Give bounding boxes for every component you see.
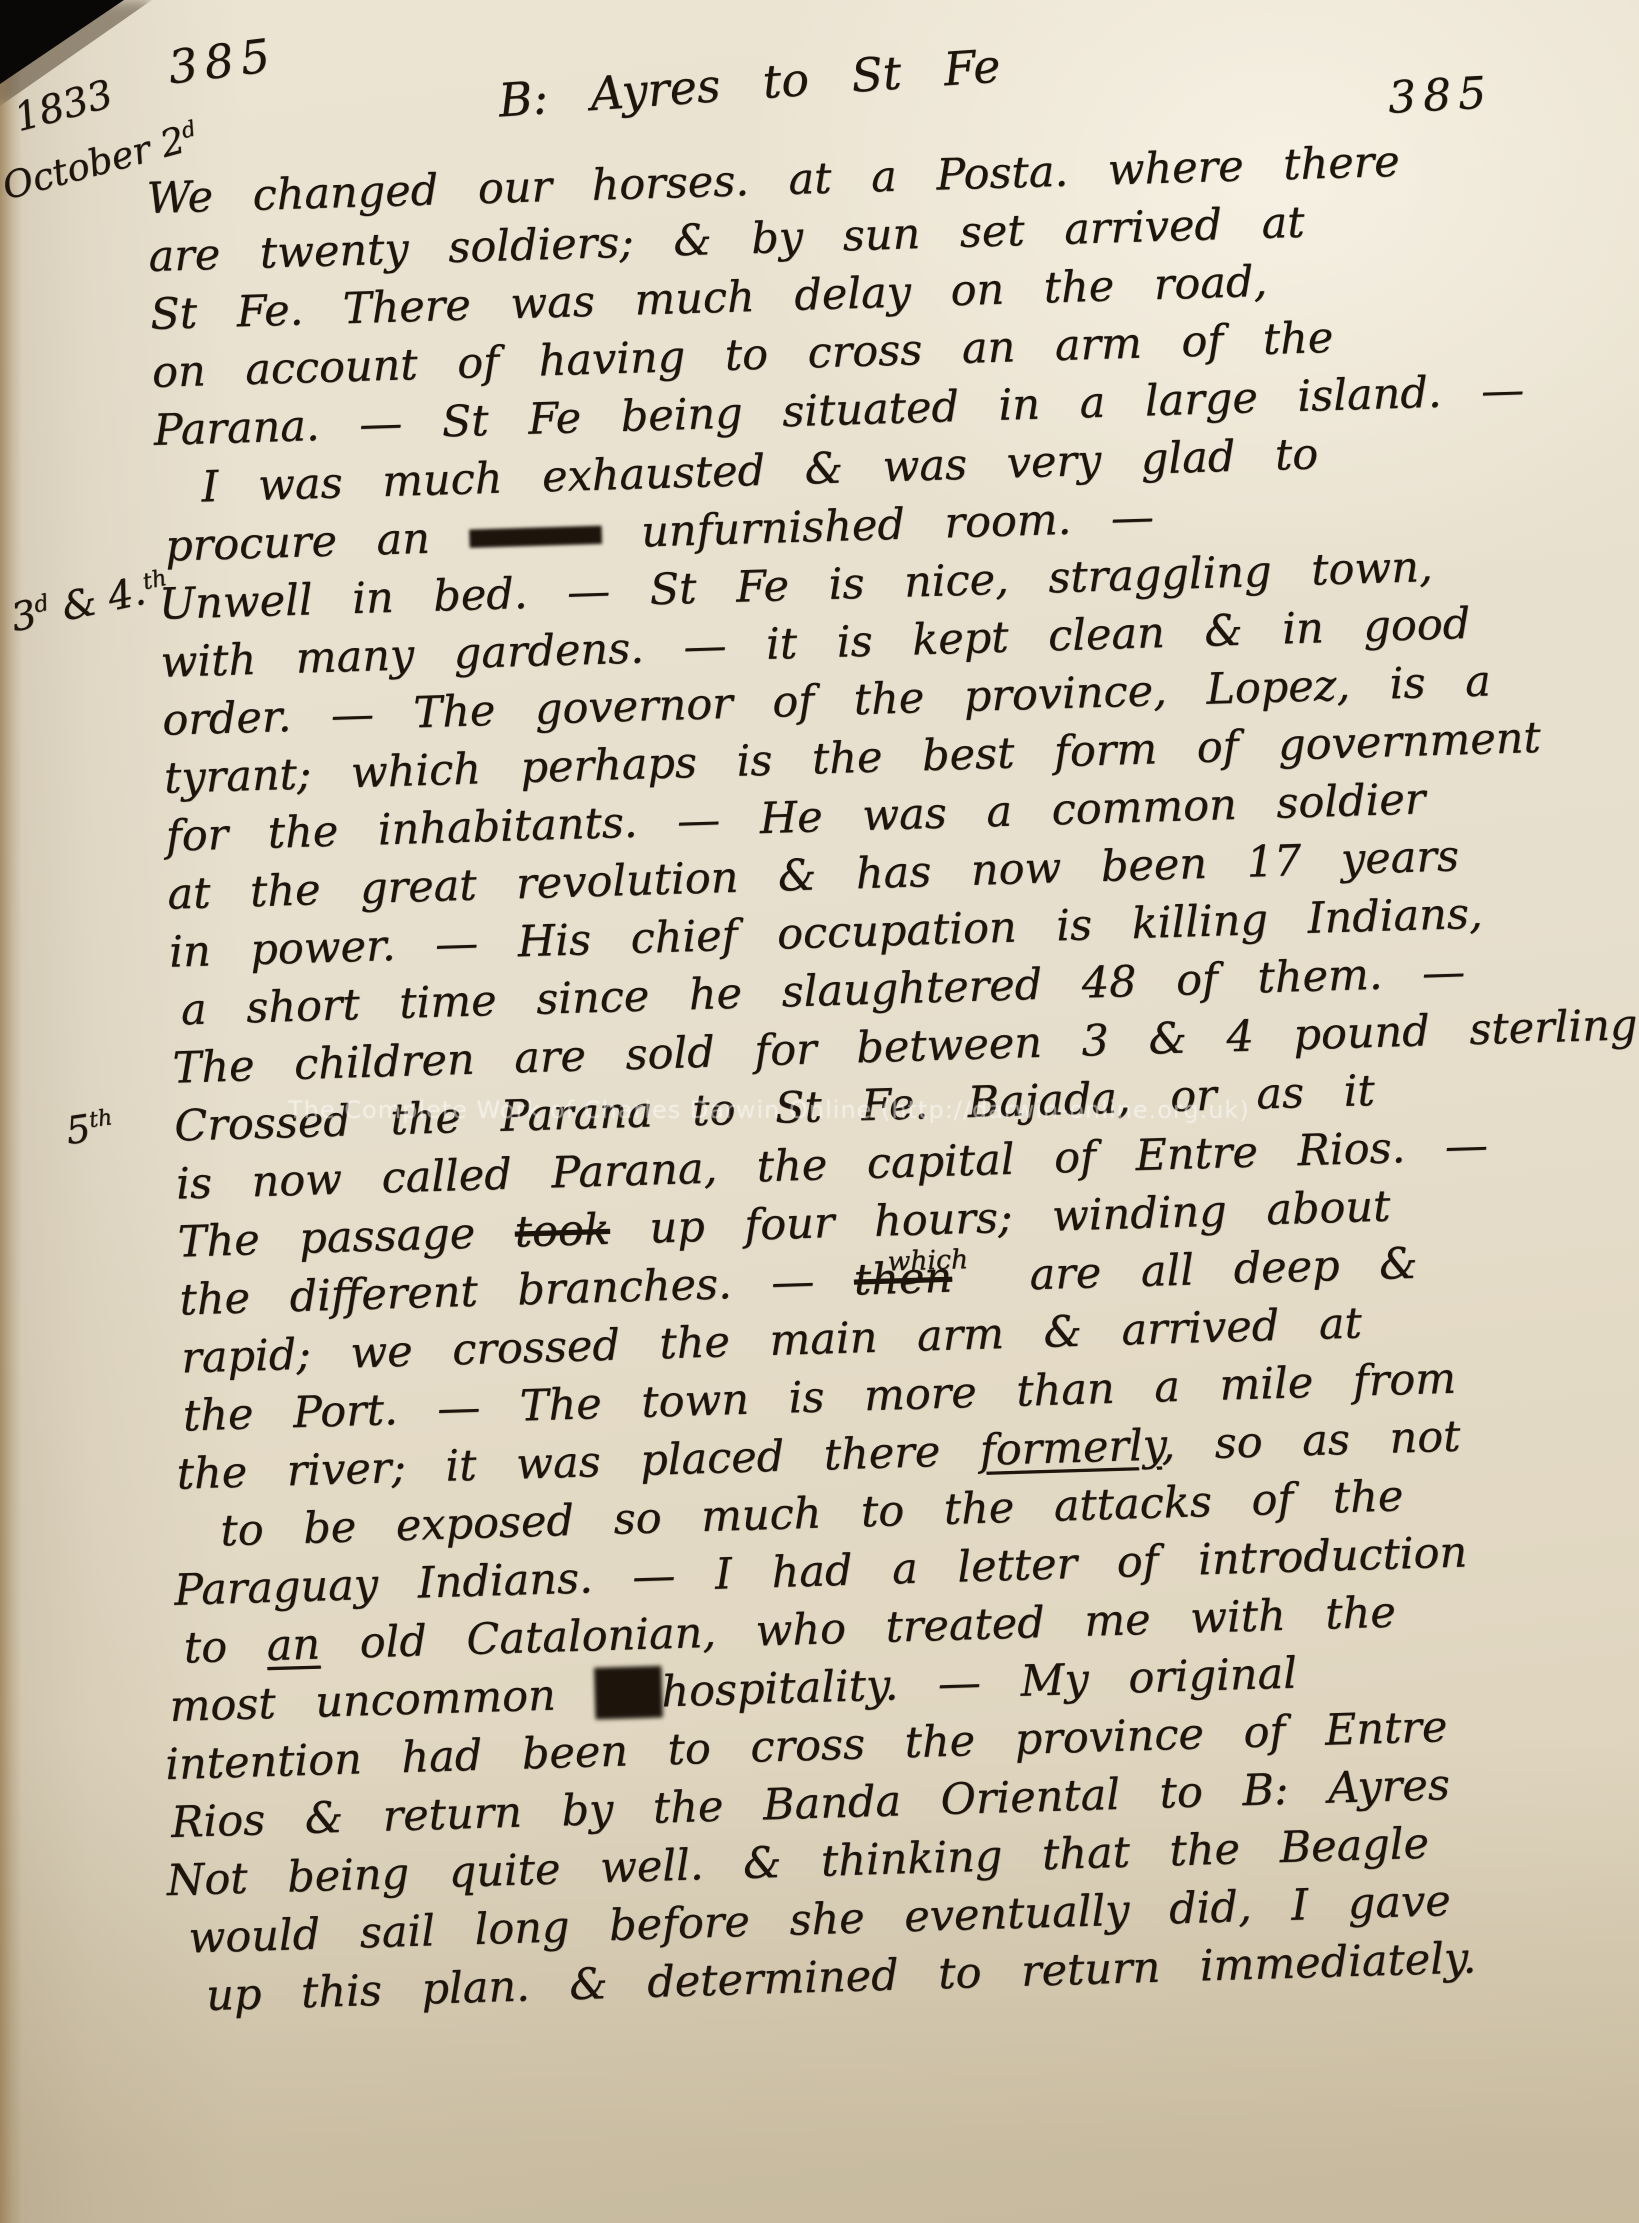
text-segment-blot: ██ bbox=[595, 1667, 663, 1719]
watermark: The Complete Work of Charles Darwin Onli… bbox=[288, 1096, 1250, 1124]
text-segment: procure an bbox=[164, 513, 470, 572]
page-edge bbox=[0, 0, 22, 2223]
photo-background: 385 385 B: Ayres to St Fe 1833 October 2… bbox=[0, 0, 1639, 2223]
text-segment-strike: took bbox=[514, 1205, 611, 1258]
manuscript-body: We changed our horses. at a Posta. where… bbox=[146, 126, 1639, 2025]
text-segment-sup: th bbox=[87, 1105, 113, 1133]
margin-note-3-and-4: 3d & 4.th bbox=[7, 564, 173, 641]
text-segment: , so as not bbox=[1160, 1412, 1461, 1471]
page-number-top-right: 385 bbox=[1387, 67, 1495, 123]
text-segment-u: formerly bbox=[979, 1420, 1162, 1475]
text-segment: The passage bbox=[177, 1208, 515, 1268]
page-number-top-left: 385 bbox=[165, 28, 280, 95]
text-segment: most uncommon bbox=[169, 1669, 596, 1732]
text-segment-u: an bbox=[266, 1619, 321, 1671]
page-heading: B: Ayres to St Fe bbox=[497, 39, 1002, 128]
text-segment: are all deep & bbox=[989, 1239, 1418, 1302]
text-segment-above: which bbox=[887, 1244, 968, 1277]
diary-page: 385 385 B: Ayres to St Fe 1833 October 2… bbox=[0, 0, 1639, 2223]
text-segment: to bbox=[183, 1621, 267, 1673]
text-segment-scribble: ~~~~ bbox=[469, 509, 603, 563]
margin-note-5: 5th bbox=[63, 1103, 116, 1153]
text-segment: & 4. bbox=[46, 569, 150, 633]
